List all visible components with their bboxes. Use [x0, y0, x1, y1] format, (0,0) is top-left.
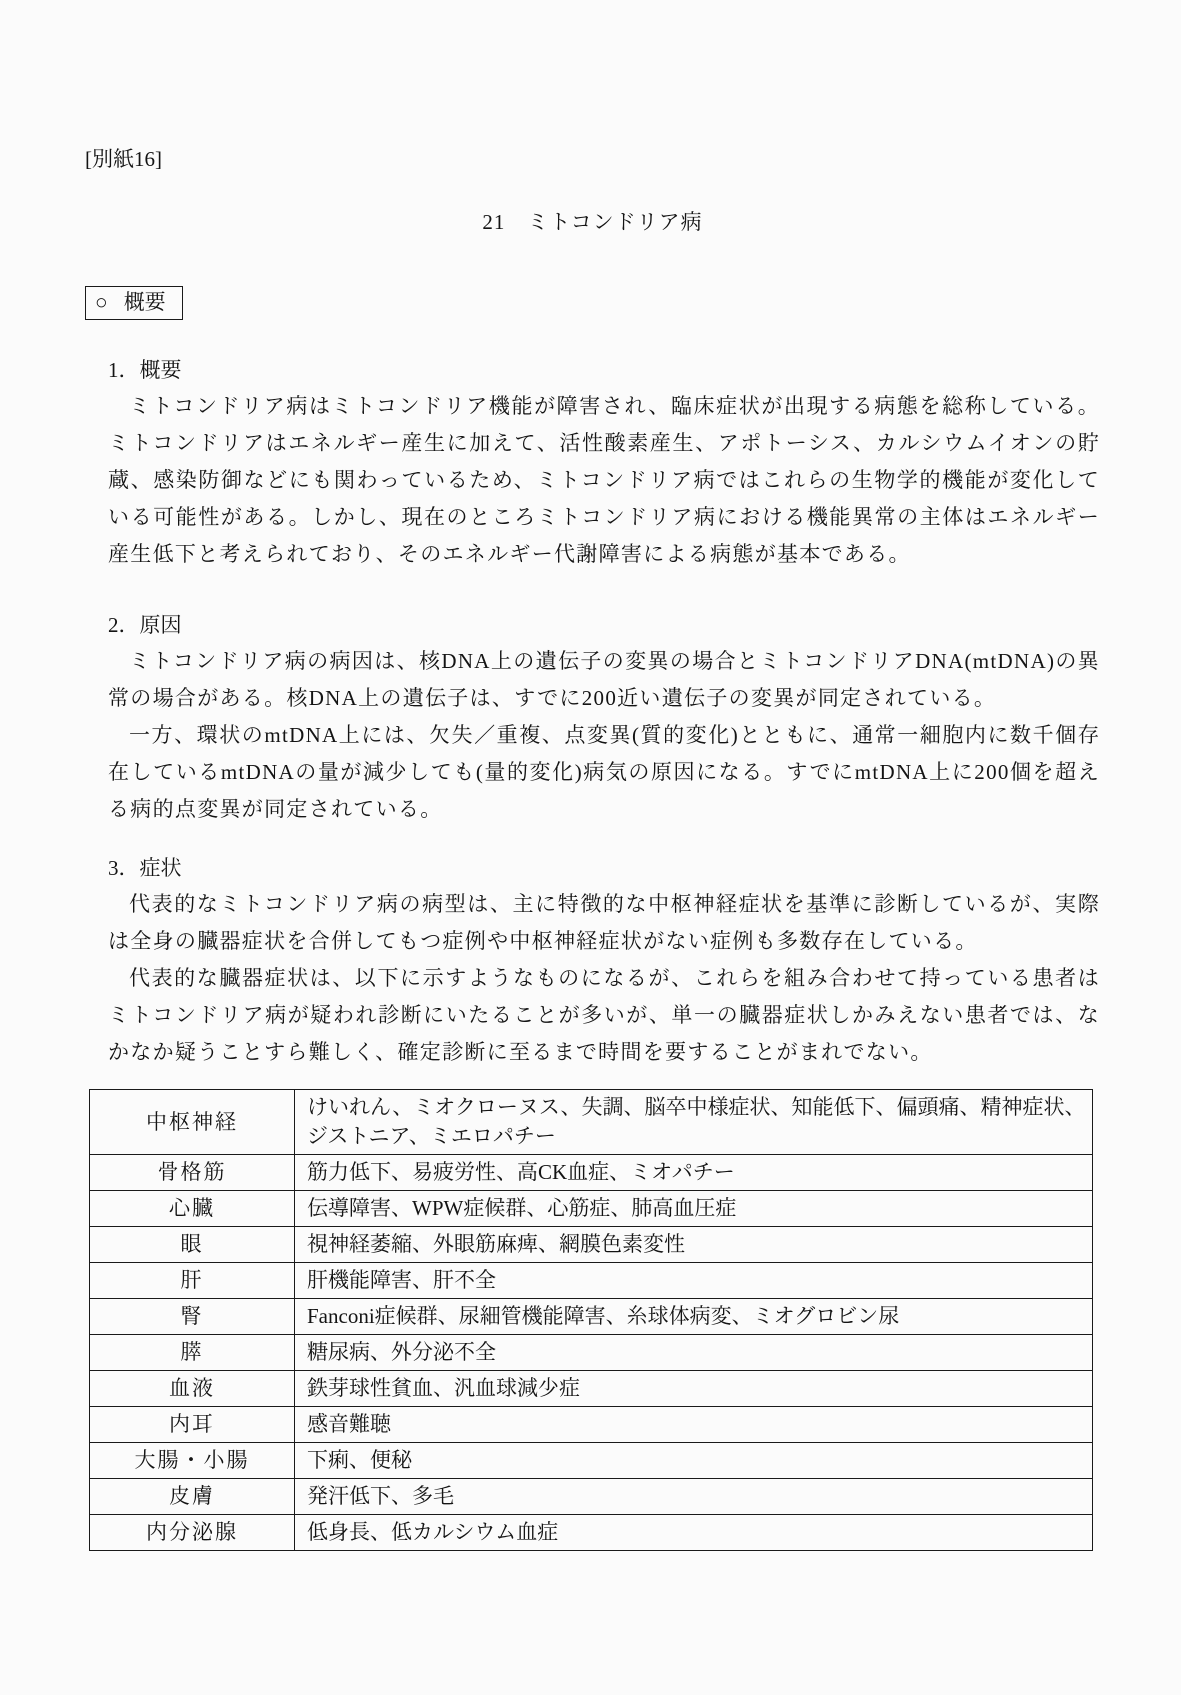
organ-cell: 大腸・小腸 [90, 1443, 295, 1479]
symptoms-cell: 伝導障害、WPW症候群、心筋症、肺高血圧症 [295, 1191, 1093, 1227]
symptoms-cell: Fanconi症候群、尿細管機能障害、糸球体病変、ミオグロビン尿 [295, 1299, 1093, 1335]
section-overview-heading: 1．概要 [108, 358, 1100, 382]
section-symptoms-paragraph-2: 代表的な臓器症状は、以下に示すようなものになるが、これらを組み合わせて持っている… [108, 960, 1100, 1071]
table-row: 腎 Fanconi症候群、尿細管機能障害、糸球体病変、ミオグロビン尿 [90, 1299, 1093, 1335]
symptoms-cell: 感音難聴 [295, 1407, 1093, 1443]
organ-cell: 膵 [90, 1335, 295, 1371]
symptoms-cell: 糖尿病、外分泌不全 [295, 1335, 1093, 1371]
table-row: 大腸・小腸 下痢、便秘 [90, 1443, 1093, 1479]
table-row: 皮膚 発汗低下、多毛 [90, 1479, 1093, 1515]
table-row: 眼 視神経萎縮、外眼筋麻痺、網膜色素変性 [90, 1227, 1093, 1263]
organ-symptom-table: 中枢神経 けいれん、ミオクローヌス、失調、脳卒中様症状、知能低下、偏頭痛、精神症… [89, 1089, 1093, 1551]
organ-cell: 血液 [90, 1371, 295, 1407]
section-cause-heading: 2．原因 [108, 613, 1100, 637]
symptoms-cell: 鉄芽球性貧血、汎血球減少症 [295, 1371, 1093, 1407]
organ-cell: 皮膚 [90, 1479, 295, 1515]
table-row: 血液 鉄芽球性貧血、汎血球減少症 [90, 1371, 1093, 1407]
attachment-label: [別紙16] [85, 147, 1100, 171]
organ-cell: 心臓 [90, 1191, 295, 1227]
table-row: 肝 肝機能障害、肝不全 [90, 1263, 1093, 1299]
organ-cell: 内耳 [90, 1407, 295, 1443]
symptoms-cell: 肝機能障害、肝不全 [295, 1263, 1093, 1299]
organ-cell: 腎 [90, 1299, 295, 1335]
symptoms-cell: 視神経萎縮、外眼筋麻痺、網膜色素変性 [295, 1227, 1093, 1263]
section-symptoms-paragraph-1: 代表的なミトコンドリア病の病型は、主に特徴的な中枢神経症状を基準に診断しているが… [108, 886, 1100, 960]
symptoms-cell: 発汗低下、多毛 [295, 1479, 1093, 1515]
symptoms-cell: 下痢、便秘 [295, 1443, 1093, 1479]
section-overview-paragraph: ミトコンドリア病はミトコンドリア機能が障害され、臨床症状が出現する病態を総称して… [108, 388, 1100, 573]
table-row: 膵 糖尿病、外分泌不全 [90, 1335, 1093, 1371]
circle-mark-icon: ○ [95, 290, 108, 314]
organ-cell: 肝 [90, 1263, 295, 1299]
table-row: 骨格筋 筋力低下、易疲労性、高CK血症、ミオパチー [90, 1155, 1093, 1191]
section-symptoms: 3．症状 代表的なミトコンドリア病の病型は、主に特徴的な中枢神経症状を基準に診断… [85, 856, 1100, 1071]
section-cause-paragraph-1: ミトコンドリア病の病因は、核DNA上の遺伝子の変異の場合とミトコンドリアDNA(… [108, 643, 1100, 717]
symptoms-cell: けいれん、ミオクローヌス、失調、脳卒中様症状、知能低下、偏頭痛、精神症状、ジスト… [295, 1090, 1093, 1155]
section-symptoms-heading: 3．症状 [108, 856, 1100, 880]
organ-cell: 眼 [90, 1227, 295, 1263]
symptoms-cell: 筋力低下、易疲労性、高CK血症、ミオパチー [295, 1155, 1093, 1191]
table-row: 内分泌腺 低身長、低カルシウム血症 [90, 1515, 1093, 1551]
organ-symptom-table-body: 中枢神経 けいれん、ミオクローヌス、失調、脳卒中様症状、知能低下、偏頭痛、精神症… [90, 1090, 1093, 1551]
section-cause: 2．原因 ミトコンドリア病の病因は、核DNA上の遺伝子の変異の場合とミトコンドリ… [85, 613, 1100, 828]
organ-cell: 内分泌腺 [90, 1515, 295, 1551]
organ-cell: 中枢神経 [90, 1090, 295, 1155]
section-cause-paragraph-2: 一方、環状のmtDNA上には、欠失／重複、点変異(質的変化)とともに、通常一細胞… [108, 717, 1100, 828]
overview-box-label: 概要 [124, 290, 166, 314]
symptoms-cell: 低身長、低カルシウム血症 [295, 1515, 1093, 1551]
document-page: [別紙16] 21 ミトコンドリア病 ○概要 1．概要 ミトコンドリア病はミトコ… [0, 0, 1181, 1695]
table-row: 中枢神経 けいれん、ミオクローヌス、失調、脳卒中様症状、知能低下、偏頭痛、精神症… [90, 1090, 1093, 1155]
overview-box: ○概要 [85, 286, 183, 320]
organ-cell: 骨格筋 [90, 1155, 295, 1191]
section-overview: 1．概要 ミトコンドリア病はミトコンドリア機能が障害され、臨床症状が出現する病態… [85, 358, 1100, 573]
table-row: 内耳 感音難聴 [90, 1407, 1093, 1443]
table-row: 心臓 伝導障害、WPW症候群、心筋症、肺高血圧症 [90, 1191, 1093, 1227]
page-title: 21 ミトコンドリア病 [85, 210, 1100, 234]
